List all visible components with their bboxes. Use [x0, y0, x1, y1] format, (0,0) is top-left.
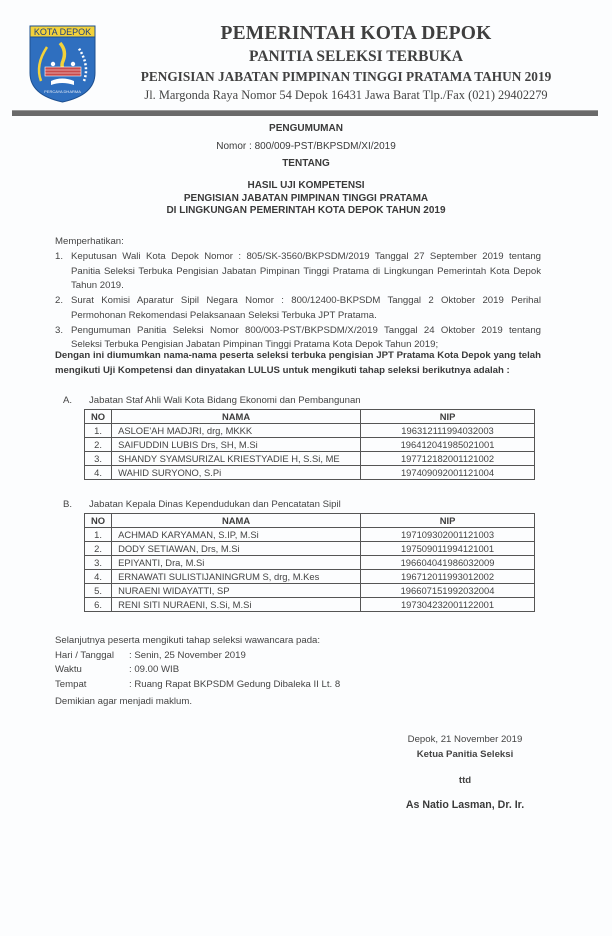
schedule-label: Hari / Tanggal — [55, 649, 129, 664]
svg-text:PERCAYA DHARMA: PERCAYA DHARMA — [44, 89, 81, 94]
list-item: 1. Keputusan Wali Kota Depok Nomor : 805… — [55, 250, 541, 294]
row-nama: ACHMAD KARYAMAN, S.IP, M.Si — [112, 528, 361, 542]
table-header-row: NO NAMA NIP — [85, 410, 535, 424]
table-row: 1. ACHMAD KARYAMAN, S.IP, M.Si 197109302… — [85, 528, 535, 542]
letterhead-divider — [12, 110, 598, 116]
schedule-label: Tempat — [55, 678, 129, 693]
row-nip: 197509011994121001 — [361, 542, 535, 556]
schedule-value: : 09.00 WIB — [129, 663, 179, 678]
signature-role: Ketua Panitia Seleksi — [380, 748, 550, 763]
schedule-row-date: Hari / Tanggal : Senin, 25 November 2019 — [55, 649, 355, 664]
table-row: 3. SHANDY SYAMSURIZAL KRIESTYADIE H, S.S… — [85, 452, 535, 466]
row-nama: NURAENI WIDAYATTI, SP — [112, 584, 361, 598]
considerations-label: Memperhatikan: — [55, 235, 124, 250]
row-nama: WAHID SURYONO, S.Pi — [112, 466, 361, 480]
table-row: 2. SAIFUDDIN LUBIS Drs, SH, M.Si 1964120… — [85, 438, 535, 452]
section-b-letter: B. — [63, 498, 72, 513]
table-row: 1. ASLOE'AH MADJRI, drg, MKKK 1963121119… — [85, 424, 535, 438]
announcement-text: Dengan ini diumumkan nama-nama peserta s… — [55, 349, 541, 378]
row-nip: 197409092001121004 — [361, 466, 535, 480]
city-coat-of-arms-icon: KOTA DEPOK PERCAYA DHARMA — [27, 25, 98, 103]
row-nip: 196604041986032009 — [361, 556, 535, 570]
section-b-table: NO NAMA NIP 1. ACHMAD KARYAMAN, S.IP, M.… — [84, 513, 535, 612]
section-a-letter: A. — [63, 394, 72, 409]
row-nip: 197712182001121002 — [361, 452, 535, 466]
row-nama: DODY SETIAWAN, Drs, M.Si — [112, 542, 361, 556]
schedule-row-time: Waktu : 09.00 WIB — [55, 663, 355, 678]
signature-place-date: Depok, 21 November 2019 — [380, 733, 550, 748]
document-title: PENGUMUMAN — [0, 123, 612, 134]
row-no: 3. — [85, 452, 112, 466]
section-a-table: NO NAMA NIP 1. ASLOE'AH MADJRI, drg, MKK… — [84, 409, 535, 480]
row-nama: SAIFUDDIN LUBIS Drs, SH, M.Si — [112, 438, 361, 452]
subject-line: PENGISIAN JABATAN PIMPINAN TINGGI PRATAM… — [0, 193, 612, 206]
row-nip: 196607151992032004 — [361, 584, 535, 598]
list-text: Surat Komisi Aparatur Sipil Negara Nomor… — [71, 294, 541, 323]
column-header-nip: NIP — [361, 410, 535, 424]
row-nip: 196712011993012002 — [361, 570, 535, 584]
considerations-list: 1. Keputusan Wali Kota Depok Nomor : 805… — [55, 250, 541, 353]
subject-line: DI LINGKUNGAN PEMERINTAH KOTA DEPOK TAHU… — [0, 205, 612, 218]
row-nama: EPIYANTI, Dra, M.Si — [112, 556, 361, 570]
section-a-title: Jabatan Staf Ahli Wali Kota Bidang Ekono… — [89, 394, 361, 409]
column-header-nama: NAMA — [112, 514, 361, 528]
schedule-label: Waktu — [55, 663, 129, 678]
row-nip: 196312111994032003 — [361, 424, 535, 438]
letterhead-government-name: PEMERINTAH KOTA DEPOK — [100, 23, 612, 45]
row-no: 2. — [85, 542, 112, 556]
schedule-intro: Selanjutnya peserta mengikuti tahap sele… — [55, 634, 355, 649]
list-number: 2. — [55, 294, 71, 323]
table-row: 6. RENI SITI NURAENI, S.Si, M.Si 1973042… — [85, 598, 535, 612]
schedule-value: : Senin, 25 November 2019 — [129, 649, 246, 664]
row-nama: RENI SITI NURAENI, S.Si, M.Si — [112, 598, 361, 612]
signatory-name: As Natio Lasman, Dr. Ir. — [380, 799, 550, 811]
row-nama: ERNAWATI SULISTIJANINGRUM S, drg, M.Kes — [112, 570, 361, 584]
schedule-value: : Ruang Rapat BKPSDM Gedung Dibaleka II … — [129, 678, 340, 693]
document-number: Nomor : 800/009-PST/BKPSDM/XI/2019 — [0, 141, 612, 152]
svg-text:KOTA DEPOK: KOTA DEPOK — [34, 27, 91, 37]
document-subject: HASIL UJI KOMPETENSI PENGISIAN JABATAN P… — [0, 180, 612, 218]
list-number: 1. — [55, 250, 71, 294]
table-row: 4. WAHID SURYONO, S.Pi 19740909200112100… — [85, 466, 535, 480]
subject-line: HASIL UJI KOMPETENSI — [0, 180, 612, 193]
letterhead-program-title: PENGISIAN JABATAN PIMPINAN TINGGI PRATAM… — [106, 69, 586, 85]
column-header-nip: NIP — [361, 514, 535, 528]
list-text: Keputusan Wali Kota Depok Nomor : 805/SK… — [71, 250, 541, 294]
table-row: 3. EPIYANTI, Dra, M.Si 19660404198603200… — [85, 556, 535, 570]
letterhead-address: Jl. Margonda Raya Nomor 54 Depok 16431 J… — [106, 88, 586, 103]
row-no: 1. — [85, 528, 112, 542]
row-no: 1. — [85, 424, 112, 438]
table-header-row: NO NAMA NIP — [85, 514, 535, 528]
column-header-nama: NAMA — [112, 410, 361, 424]
column-header-no: NO — [85, 410, 112, 424]
row-nip: 197109302001121003 — [361, 528, 535, 542]
schedule-row-place: Tempat : Ruang Rapat BKPSDM Gedung Dibal… — [55, 678, 355, 693]
row-no: 4. — [85, 570, 112, 584]
table-row: 5. NURAENI WIDAYATTI, SP 196607151992032… — [85, 584, 535, 598]
row-no: 4. — [85, 466, 112, 480]
section-b-title: Jabatan Kepala Dinas Kependudukan dan Pe… — [89, 498, 341, 513]
table-row: 4. ERNAWATI SULISTIJANINGRUM S, drg, M.K… — [85, 570, 535, 584]
row-nama: SHANDY SYAMSURIZAL KRIESTYADIE H, S.Si, … — [112, 452, 361, 466]
column-header-no: NO — [85, 514, 112, 528]
letterhead-committee-name: PANITIA SELEKSI TERBUKA — [100, 48, 612, 66]
row-nip: 196412041985021001 — [361, 438, 535, 452]
row-nama: ASLOE'AH MADJRI, drg, MKKK — [112, 424, 361, 438]
row-no: 6. — [85, 598, 112, 612]
row-no: 5. — [85, 584, 112, 598]
list-item: 2. Surat Komisi Aparatur Sipil Negara No… — [55, 294, 541, 323]
interview-schedule: Selanjutnya peserta mengikuti tahap sele… — [55, 634, 355, 710]
row-no: 3. — [85, 556, 112, 570]
signature-ttd: ttd — [380, 774, 550, 789]
row-no: 2. — [85, 438, 112, 452]
about-label: TENTANG — [0, 158, 612, 169]
closing-text: Demikian agar menjadi maklum. — [55, 695, 355, 710]
kota-depok-logo: KOTA DEPOK PERCAYA DHARMA — [27, 25, 98, 103]
table-row: 2. DODY SETIAWAN, Drs, M.Si 197509011994… — [85, 542, 535, 556]
row-nip: 197304232001122001 — [361, 598, 535, 612]
